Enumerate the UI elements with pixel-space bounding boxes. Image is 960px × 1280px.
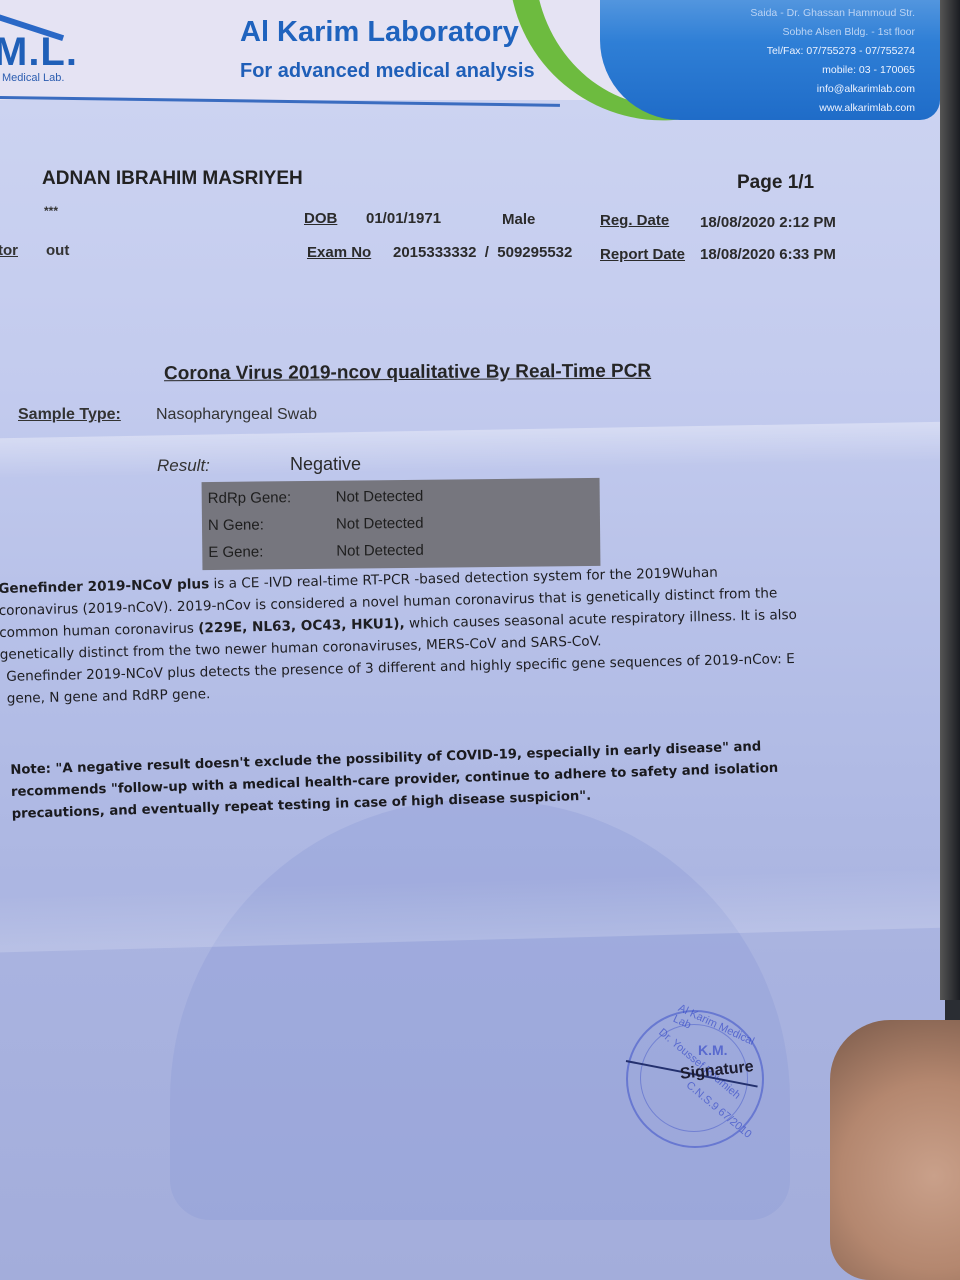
result-label: Result: bbox=[157, 456, 210, 476]
page-number: Page 1/1 bbox=[737, 172, 814, 194]
gene-results-table: RdRp Gene: Not Detected N Gene: Not Dete… bbox=[202, 478, 601, 570]
gene-name: N Gene: bbox=[208, 516, 264, 534]
doctor-value: out bbox=[46, 242, 69, 259]
dob-label: DOB bbox=[304, 210, 337, 227]
gene-name: E Gene: bbox=[208, 543, 263, 561]
doctor-label: tor bbox=[0, 242, 18, 259]
website: www.alkarimlab.com bbox=[750, 99, 915, 118]
gene-value: Not Detected bbox=[336, 542, 424, 560]
sex-value: Male bbox=[502, 211, 535, 228]
logo-subtitle: Medical Lab. bbox=[2, 72, 64, 84]
gene-row: E Gene: Not Detected bbox=[208, 543, 263, 561]
paper-fold bbox=[0, 422, 945, 478]
gene-value: Not Detected bbox=[336, 488, 424, 506]
reg-date-value: 18/08/2020 2:12 PM bbox=[700, 214, 836, 231]
stamp-center: K.M. bbox=[698, 1042, 728, 1058]
background-edge bbox=[940, 0, 960, 1000]
disclaimer-note: Note: "A negative result doesn't exclude… bbox=[10, 733, 872, 826]
sample-type-label: Sample Type: bbox=[18, 406, 121, 424]
logo-initials: M.L. bbox=[0, 30, 78, 75]
test-title: Corona Virus 2019-ncov qualitative By Re… bbox=[164, 361, 651, 386]
gene-row: N Gene: Not Detected bbox=[208, 516, 264, 534]
address-line: Sobhe Alsen Bldg. - 1st floor bbox=[750, 23, 915, 42]
dob-value: 01/01/1971 bbox=[366, 210, 441, 227]
report-date-label: Report Date bbox=[600, 246, 685, 263]
gene-name: RdRp Gene: bbox=[208, 489, 292, 507]
gene-row: RdRp Gene: Not Detected bbox=[208, 489, 292, 507]
email: info@alkarimlab.com bbox=[750, 80, 915, 99]
exam-no-value: 2015333332 / 509295532 bbox=[393, 244, 572, 261]
lab-tagline: For advanced medical analysis bbox=[240, 60, 535, 83]
method-description: Genefinder 2019-NCoV plus is a CE -IVD r… bbox=[0, 558, 901, 710]
result-value: Negative bbox=[290, 454, 361, 475]
contact-info: Saida - Dr. Ghassan Hammoud Str. Sobhe A… bbox=[750, 4, 915, 118]
report-date-value: 18/08/2020 6:33 PM bbox=[700, 246, 836, 263]
exam-no-label: Exam No bbox=[307, 244, 371, 261]
masked-field: *** bbox=[44, 204, 58, 218]
gene-value: Not Detected bbox=[336, 515, 424, 533]
sample-type-value: Nasopharyngeal Swab bbox=[156, 406, 317, 424]
tel-fax: Tel/Fax: 07/755273 - 07/755274 bbox=[750, 42, 915, 61]
hand-holding-paper bbox=[830, 1020, 960, 1280]
reg-date-label: Reg. Date bbox=[600, 212, 669, 229]
letterhead: M.L. Medical Lab. Al Karim Laboratory Fo… bbox=[0, 0, 945, 100]
paper-fold bbox=[0, 868, 945, 953]
lab-name: Al Karim Laboratory bbox=[240, 16, 519, 49]
address-line: Saida - Dr. Ghassan Hammoud Str. bbox=[750, 4, 915, 23]
lab-report-document: M.L. Medical Lab. Al Karim Laboratory Fo… bbox=[0, 0, 945, 1280]
patient-name: ADNAN IBRAHIM MASRIYEH bbox=[42, 168, 303, 190]
mobile: mobile: 03 - 170065 bbox=[750, 61, 915, 80]
